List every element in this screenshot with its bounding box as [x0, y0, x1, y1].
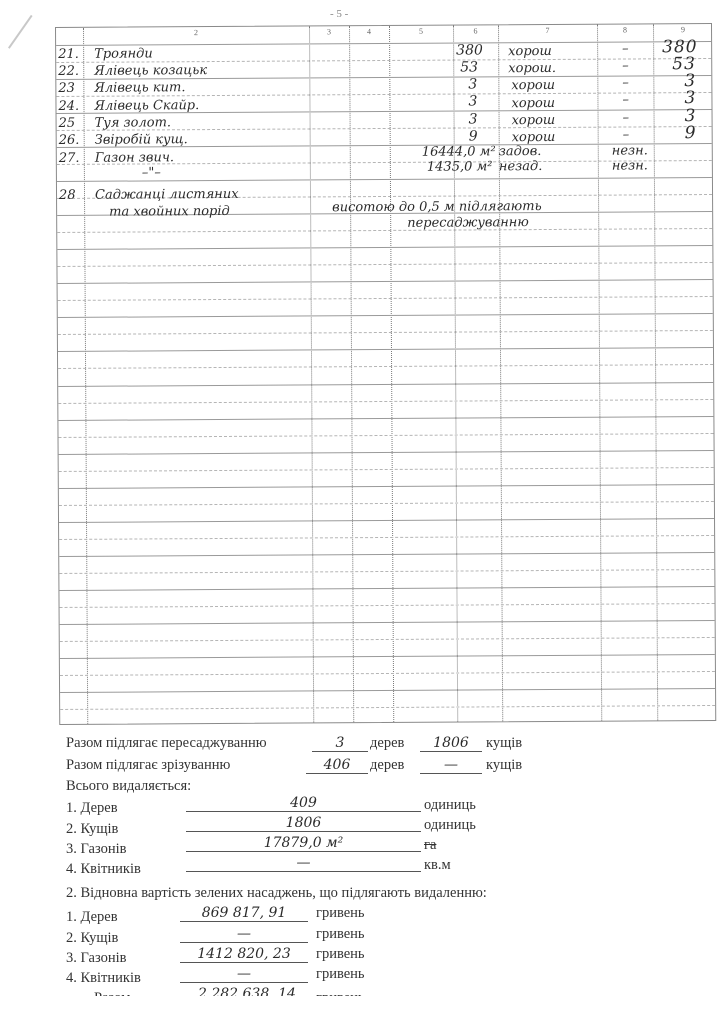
cut-trees-unit: дерев: [370, 757, 404, 774]
area: 1435,0 м²: [427, 159, 493, 175]
value-shrubs-amount: —: [180, 926, 308, 943]
quantity: 3: [468, 93, 477, 109]
removed-title: Всього видаляється:: [66, 778, 191, 795]
plant-name: Саджанці листяних: [95, 187, 239, 204]
row-number: 21.: [58, 47, 79, 63]
total: 9: [685, 125, 697, 141]
corner-mark: [8, 15, 33, 49]
removed-flowerbeds-label: 4. Квітників: [66, 861, 141, 878]
removed-shrubs-value: 1806: [186, 815, 421, 832]
dash: –: [622, 75, 629, 91]
quantity: 9: [469, 128, 478, 144]
value-status: незн.: [612, 158, 648, 174]
row-divider: [60, 671, 715, 676]
row-divider: [59, 518, 714, 523]
col-header-6: 6: [453, 26, 498, 35]
condition: хорош.: [508, 61, 556, 77]
condition: хорош: [511, 96, 555, 112]
value-flowerbeds-unit: гривень: [316, 966, 365, 983]
row-number: 26.: [59, 133, 80, 149]
removed-trees-value: 409: [186, 795, 421, 812]
plant-name: Ялівець Скайр.: [94, 98, 199, 115]
col-divider: [309, 26, 314, 722]
row-divider: [60, 603, 715, 608]
removed-shrubs-unit: одиниць: [424, 817, 476, 834]
col-header-9: 9: [653, 25, 713, 34]
row-number: 28: [59, 188, 76, 204]
value-trees-unit: гривень: [316, 905, 365, 922]
page-cutoff: [0, 996, 724, 1024]
page-number: - 5 -: [330, 8, 348, 20]
row-divider: [59, 586, 714, 591]
plant-name: Газон звич.: [95, 150, 174, 166]
removed-flowerbeds-value: —: [186, 855, 421, 872]
value-trees-label: 1. Дерев: [66, 909, 118, 926]
plant-name: Троянди: [94, 46, 153, 62]
row-divider: [58, 330, 713, 335]
row-number: 27.: [59, 151, 80, 167]
row-divider: [58, 313, 713, 318]
removed-trees-label: 1. Дерев: [66, 800, 118, 817]
col-divider: [349, 26, 354, 722]
replant-shrubs-unit: кущів: [486, 735, 522, 752]
row-divider: [59, 535, 714, 540]
value-trees-amount: 869 817, 91: [180, 905, 308, 922]
col-divider: [498, 25, 503, 721]
row-divider: [59, 450, 714, 455]
row-divider: [58, 399, 713, 404]
plant-inventory-table: 2 3 4 5 6 7 8 9 21. Троянди 380 хорош – …: [55, 23, 716, 725]
row-divider: [57, 228, 712, 233]
removed-shrubs-label: 2. Кущів: [66, 821, 118, 838]
dash: –: [622, 58, 629, 74]
row-divider: [58, 364, 713, 369]
col-header-3: 3: [309, 27, 349, 36]
value-shrubs-unit: гривень: [316, 926, 365, 943]
quantity: 53: [460, 59, 478, 75]
removed-lawns-unit: га: [424, 837, 436, 854]
quantity: 380: [456, 42, 483, 58]
cut-total-label: Разом підлягає зрізуванню: [66, 757, 230, 774]
total: 3: [685, 108, 697, 124]
plant-name: Ялівець козацьк: [94, 63, 207, 80]
value-flowerbeds-label: 4. Квітників: [66, 970, 141, 987]
removed-lawns-label: 3. Газонів: [66, 841, 127, 858]
row-divider: [58, 279, 713, 284]
value-lawns-label: 3. Газонів: [66, 950, 127, 967]
col-divider: [83, 28, 88, 724]
row-number: 23: [58, 81, 75, 97]
row-divider: [56, 41, 711, 46]
total: 380: [662, 39, 698, 55]
row-note-cont: пересаджуванню: [407, 215, 529, 232]
row-number: 24.: [58, 99, 79, 115]
col-header-8: 8: [597, 25, 653, 34]
dash: –: [623, 127, 630, 143]
restoration-value-title: 2. Відновна вартість зелених насаджень, …: [66, 885, 487, 902]
row-divider: [59, 433, 714, 438]
row-number: 22.: [58, 64, 79, 80]
plant-name: Звіробій кущ.: [95, 132, 188, 149]
ditto-mark: –"–: [142, 165, 161, 181]
replant-trees-value: 3: [312, 735, 368, 752]
row-divider: [60, 637, 715, 642]
col-header-7: 7: [498, 26, 597, 36]
col-header-5: 5: [389, 27, 453, 36]
value-status: незн.: [612, 143, 648, 159]
condition: хорош: [511, 78, 555, 94]
row-divider: [56, 58, 711, 63]
value-lawns-amount: 1412 820, 23: [180, 946, 308, 963]
removed-lawns-value: 17879,0 м²: [186, 835, 421, 852]
row-divider: [59, 552, 714, 557]
plant-name-cont: та хвойних порід: [109, 204, 230, 221]
dash: –: [622, 41, 629, 57]
col-divider: [453, 26, 458, 722]
row-divider: [57, 245, 712, 250]
replant-trees-unit: дерев: [370, 735, 404, 752]
area: 16444,0 м²: [422, 144, 496, 160]
row-divider: [60, 620, 715, 625]
row-divider: [58, 416, 713, 421]
col-header-2: 2: [83, 27, 309, 37]
replant-total-label: Разом підлягає пересаджуванню: [66, 735, 267, 752]
row-divider: [58, 347, 713, 352]
row-number: 25: [59, 116, 76, 132]
col-divider: [389, 26, 394, 722]
row-divider: [60, 688, 715, 693]
replant-shrubs-value: 1806: [420, 735, 482, 752]
condition: хорош: [508, 44, 552, 60]
condition: хорош: [512, 113, 556, 129]
cut-trees-value: 406: [306, 757, 368, 774]
row-divider: [60, 654, 715, 659]
plant-name: Туя золот.: [95, 115, 172, 131]
col-divider: [653, 24, 658, 720]
quantity: 3: [468, 76, 477, 92]
row-divider: [57, 262, 712, 267]
row-divider: [59, 467, 714, 472]
removed-flowerbeds-unit: кв.м: [424, 857, 451, 874]
value-lawns-unit: гривень: [316, 946, 365, 963]
plant-name: Ялівець кит.: [94, 80, 185, 97]
row-divider: [59, 569, 714, 574]
total: 3: [684, 90, 696, 106]
total: 53: [672, 56, 696, 72]
value-flowerbeds-amount: —: [180, 966, 308, 983]
row-divider: [59, 484, 714, 489]
quantity: 3: [469, 111, 478, 127]
row-divider: [58, 296, 713, 301]
dash: –: [623, 110, 630, 126]
col-header-4: 4: [349, 27, 389, 36]
condition: задов.: [499, 144, 542, 160]
cut-shrubs-value: —: [420, 757, 482, 774]
total: 3: [684, 73, 696, 89]
removed-trees-unit: одиниць: [424, 797, 476, 814]
row-note: висотою до 0,5 м підлягають: [332, 199, 542, 216]
value-shrubs-label: 2. Кущів: [66, 930, 118, 947]
dash: –: [622, 92, 629, 108]
row-divider: [60, 705, 715, 710]
row-divider: [59, 501, 714, 506]
col-divider: [597, 25, 602, 721]
row-divider: [58, 381, 713, 386]
condition: незад.: [499, 159, 543, 175]
cut-shrubs-unit: кущів: [486, 757, 522, 774]
